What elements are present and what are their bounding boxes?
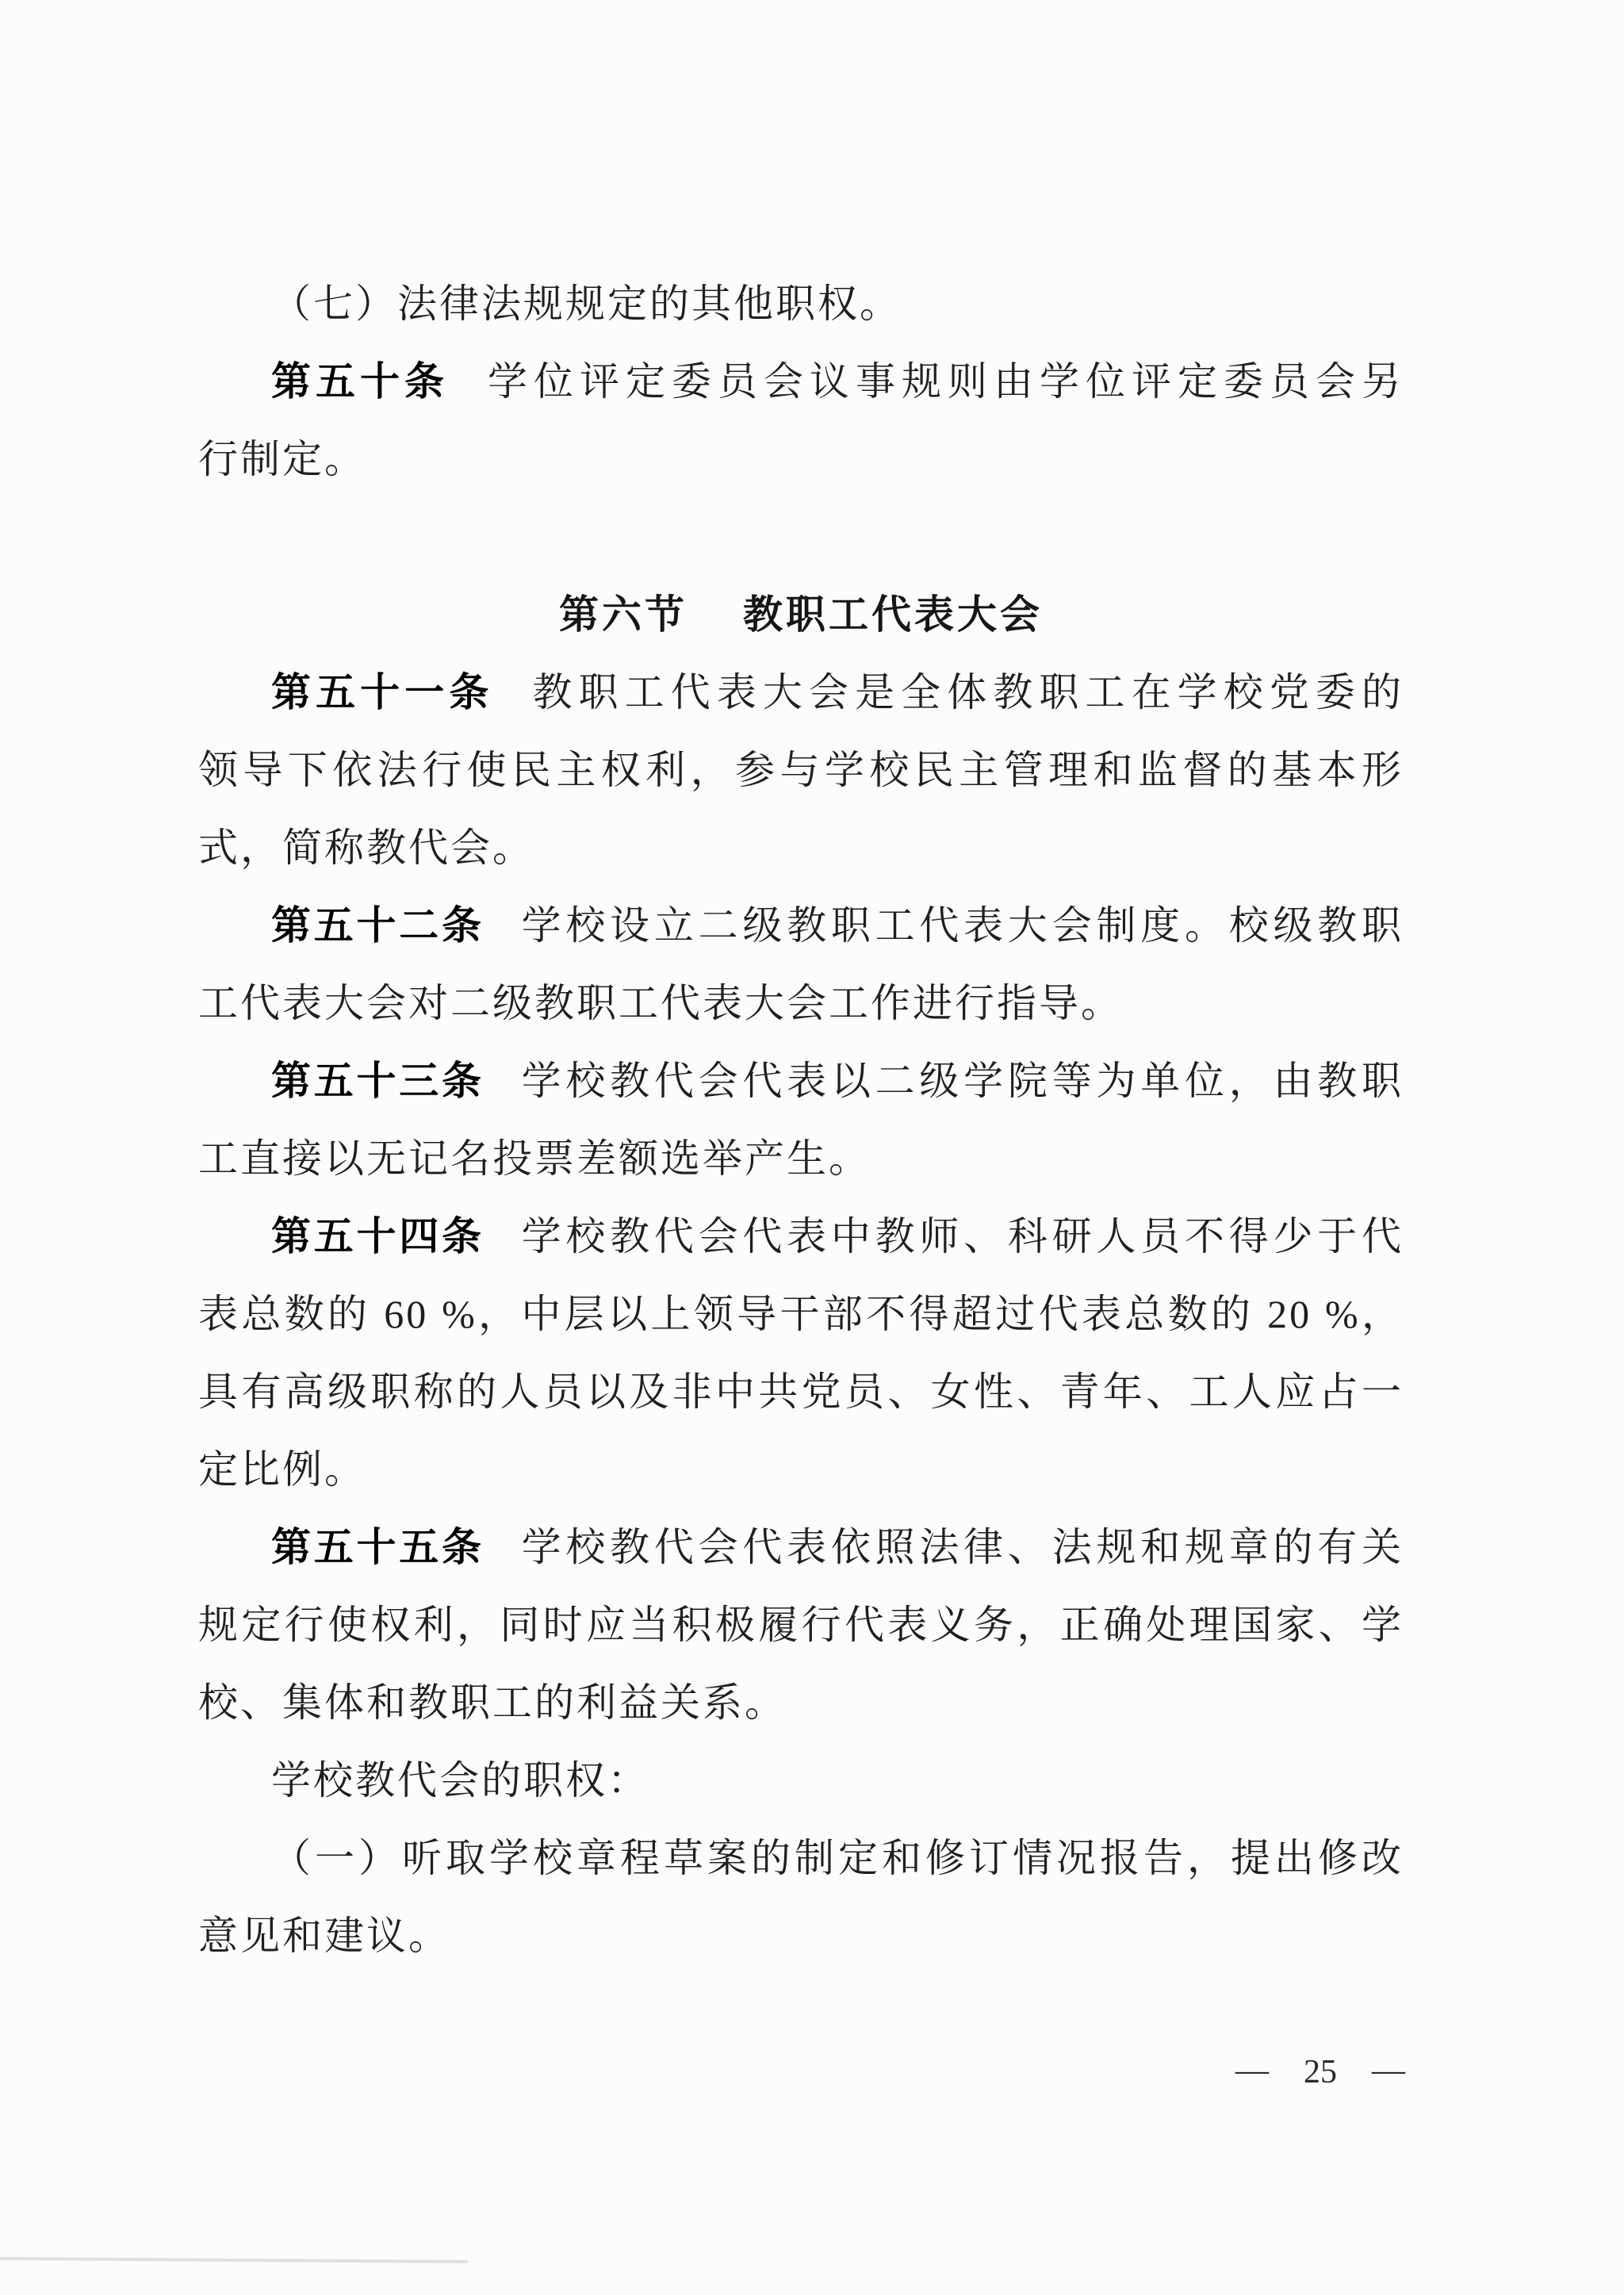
- article-53-line-1: 第五十三条学校教代会代表以二级学院等为单位，由教职: [198, 1042, 1404, 1120]
- article-52-number: 第五十二条: [271, 903, 485, 948]
- article-53-line-2: 工直接以无记名投票差额选举产生。: [198, 1120, 1404, 1197]
- article-50-line-1: 第五十条学位评定委员会议事规则由学位评定委员会另: [198, 343, 1404, 420]
- article-52-line-1: 第五十二条学校设立二级教职工代表大会制度。校级教职: [198, 887, 1404, 964]
- article-54-line-2: 表总数的 60 %，中层以上领导干部不得超过代表总数的 20 %，: [198, 1275, 1404, 1353]
- article-50-line-2: 行制定。: [198, 420, 1404, 498]
- article-55: 第五十五条学校教代会代表依照法律、法规和规章的有关 规定行使权利，同时应当积极履…: [198, 1508, 1404, 1741]
- section-heading-title: 教职工代表大会: [743, 592, 1043, 637]
- article-55-line-2: 规定行使权利，同时应当积极履行代表义务，正确处理国家、学: [198, 1586, 1404, 1664]
- page-number-dash-left: —: [1235, 2052, 1269, 2090]
- article-55-line-3: 校、集体和教职工的利益关系。: [198, 1664, 1404, 1741]
- article-51-line-2: 领导下依法行使民主权利，参与学校民主管理和监督的基本形: [198, 731, 1404, 809]
- article-54: 第五十四条学校教代会代表中教师、科研人员不得少于代 表总数的 60 %，中层以上…: [198, 1197, 1404, 1508]
- clause-7-text: （七）法律法规规定的其他职权。: [198, 265, 1404, 343]
- article-51: 第五十一条教职工代表大会是全体教职工在学校党委的 领导下依法行使民主权利，参与学…: [198, 653, 1404, 887]
- article-54-line-3: 具有高级职称的人员以及非中共党员、女性、青年、工人应占一: [198, 1353, 1404, 1431]
- article-50-number: 第五十条: [271, 359, 449, 404]
- article-53: 第五十三条学校教代会代表以二级学院等为单位，由教职 工直接以无记名投票差额选举产…: [198, 1042, 1404, 1197]
- article-51-line-1: 第五十一条教职工代表大会是全体教职工在学校党委的: [198, 653, 1404, 731]
- scanned-document-page: （七）法律法规规定的其他职权。 第五十条学位评定委员会议事规则由学位评定委员会另…: [0, 0, 1624, 2295]
- clause-1: （一）听取学校章程草案的制定和修订情况报告，提出修改 意见和建议。: [198, 1819, 1404, 1975]
- duties-intro: 学校教代会的职权：: [198, 1741, 1404, 1819]
- clause-7: （七）法律法规规定的其他职权。: [198, 265, 1404, 343]
- clause-1-line-2: 意见和建议。: [198, 1897, 1404, 1975]
- article-51-number: 第五十一条: [271, 670, 493, 715]
- article-51-line-3: 式，简称教代会。: [198, 809, 1404, 887]
- article-53-text: 学校教代会代表以二级学院等为单位，由教职: [519, 1059, 1404, 1103]
- article-54-number: 第五十四条: [271, 1214, 485, 1259]
- article-52-line-2: 工代表大会对二级教职工代表大会工作进行指导。: [198, 964, 1404, 1042]
- article-51-text: 教职工代表大会是全体教职工在学校党委的: [528, 670, 1404, 715]
- clause-1-line-1: （一）听取学校章程草案的制定和修订情况报告，提出修改: [198, 1819, 1404, 1897]
- article-55-line-1: 第五十五条学校教代会代表依照法律、法规和规章的有关: [198, 1508, 1404, 1586]
- section-heading-label: 第六节: [559, 592, 688, 637]
- page-number: — 25 —: [1235, 2050, 1405, 2094]
- article-54-line-1: 第五十四条学校教代会代表中教师、科研人员不得少于代: [198, 1197, 1404, 1275]
- article-53-number: 第五十三条: [271, 1059, 485, 1103]
- section-heading: 第六节教职工代表大会: [198, 576, 1404, 653]
- article-50-text: 学位评定委员会议事规则由学位评定委员会另: [484, 359, 1404, 404]
- article-50: 第五十条学位评定委员会议事规则由学位评定委员会另 行制定。: [198, 343, 1404, 498]
- article-52: 第五十二条学校设立二级教职工代表大会制度。校级教职 工代表大会对二级教职工代表大…: [198, 887, 1404, 1042]
- article-52-text: 学校设立二级教职工代表大会制度。校级教职: [519, 903, 1404, 948]
- article-55-text: 学校教代会代表依照法律、法规和规章的有关: [519, 1525, 1404, 1569]
- page-number-value: 25: [1304, 2053, 1337, 2091]
- page-number-dash-right: —: [1372, 2052, 1405, 2090]
- duties-intro-text: 学校教代会的职权：: [198, 1741, 1404, 1819]
- article-54-text: 学校教代会代表中教师、科研人员不得少于代: [519, 1214, 1404, 1259]
- article-54-line-4: 定比例。: [198, 1431, 1404, 1508]
- article-55-number: 第五十五条: [271, 1525, 485, 1569]
- scan-artifact-line: [0, 2257, 468, 2263]
